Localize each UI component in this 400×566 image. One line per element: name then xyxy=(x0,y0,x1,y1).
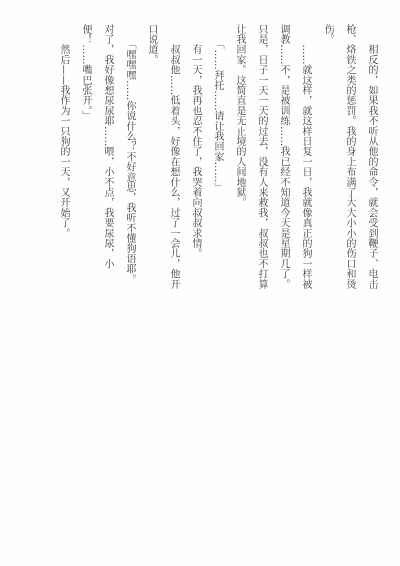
text-column: 相反的，如果我不听从他的命令，就会受到鞭子、电击 xyxy=(360,24,382,294)
text-column: 枪、烙铁之类的惩罚。我的身上布满了大大小小的伤口和烫 xyxy=(338,24,360,294)
text-column: 然后——我作为一只狗的一天，又开始了。 xyxy=(52,24,74,294)
text-column: 有一天，我再也忍不住了，我哭着向叔叔求情。 xyxy=(184,24,206,294)
text-column: 只是，日子一天一天的过去，没有人来救我，叔叔也不打算 xyxy=(250,24,272,294)
text-column: 便！……嘴巴张开。」 xyxy=(74,24,96,294)
text-column: 对了，我好像想尿尿耶……喂，小不点，我要尿尿，小 xyxy=(96,24,118,294)
text-column: ……就这样，就这样日复一日，我就像真正的狗一样被 xyxy=(294,24,316,294)
text-column: 调教……不，是被训练……我已经不知道今天是星期几了。 xyxy=(272,24,294,294)
text-column: 伤。 xyxy=(316,24,338,294)
text-column: 叔叔他……低着头，好像在想什么，过了一会儿，他开 xyxy=(162,24,184,294)
text-column: 口说道。 xyxy=(140,24,162,294)
text-column: 「……拜托……请让我回家……」 xyxy=(206,24,228,294)
book-page: 相反的，如果我不听从他的命令，就会受到鞭子、电击 枪、烙铁之类的惩罚。我的身上布… xyxy=(0,0,400,566)
text-column: 「嘿嘿嘿……你说什么？不好意思，我听不懂狗语耶。 xyxy=(118,24,140,294)
vertical-text-block: 相反的，如果我不听从他的命令，就会受到鞭子、电击 枪、烙铁之类的惩罚。我的身上布… xyxy=(52,24,382,294)
text-column: 让我回家。这简直是无止境的人间地狱。 xyxy=(228,24,250,294)
